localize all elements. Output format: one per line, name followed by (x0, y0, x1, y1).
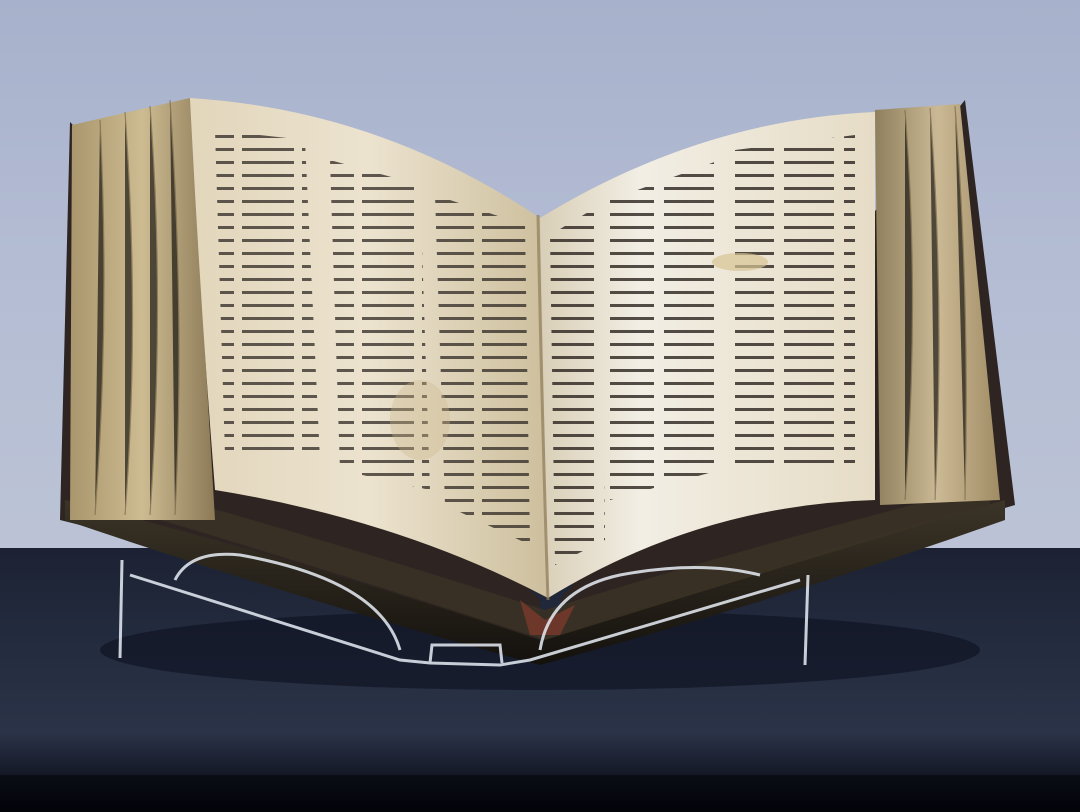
manuscript-illustration (0, 0, 1080, 812)
left-page-edges (70, 98, 215, 520)
photo-scene (0, 0, 1080, 812)
